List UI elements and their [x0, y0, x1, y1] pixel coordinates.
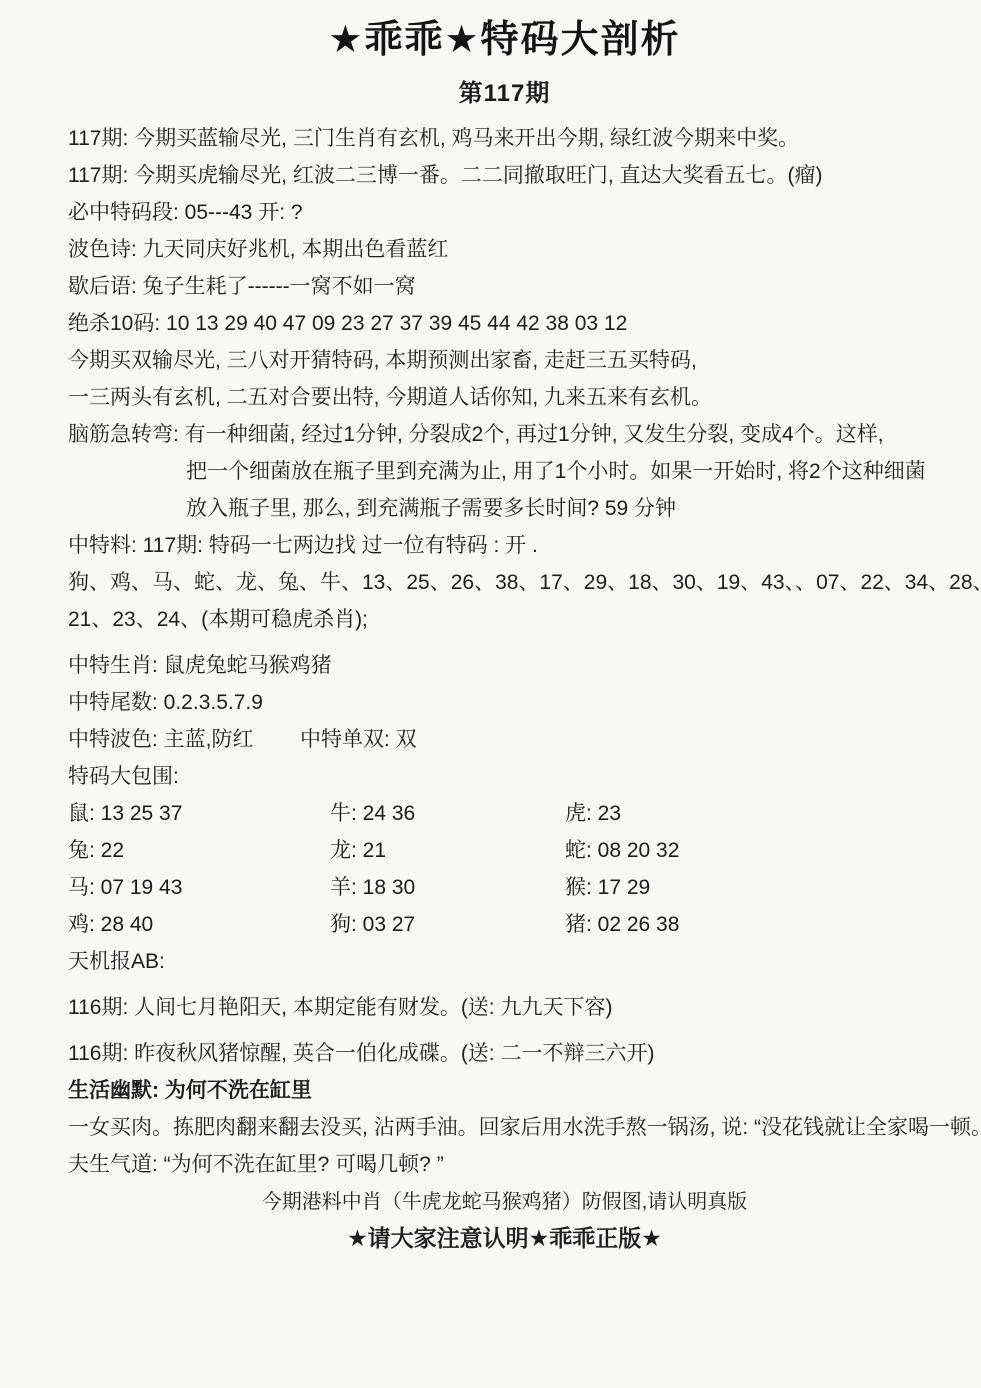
must-hit-segment-line: 必中特码段: 05---43 开: ? [68, 194, 941, 231]
mid-special-zodiac-line: 中特生肖: 鼠虎兔蛇马猴鸡猪 [68, 647, 941, 684]
special-list-line-1: 狗、鸡、马、蛇、龙、兔、牛、13、25、26、38、17、29、18、30、19… [68, 564, 941, 601]
tianji-line-116-a: 116期: 人间七月艳阳天, 本期定能有财发。(送: 九九天下容) [68, 989, 941, 1026]
issue-heading: 第117期 [68, 73, 941, 108]
mid-special-wave-color: 中特波色: 主蓝,防红 [68, 721, 300, 758]
riddle-line-2: 把一个细菌放在瓶子里到充满为止, 用了1个小时。如果一开始时, 将2个这种细菌 [68, 453, 941, 490]
tianji-line-116-b: 116期: 昨夜秋风猪惊醒, 英合一伯化成碟。(送: 二一不辩三六开) [68, 1035, 941, 1072]
mid-special-tail-line: 中特尾数: 0.2.3.5.7.9 [68, 684, 941, 721]
zodiac-cell-monkey: 猴: 17 29 [565, 869, 941, 906]
zodiac-cell-rooster: 鸡: 28 40 [68, 906, 330, 943]
mid-special-wave-row: 中特波色: 主蓝,防红中特单双: 双 [68, 721, 941, 758]
lottery-tip-sheet: ★乖乖★特码大剖析 第117期 117期: 今期买蓝输尽光, 三门生肖有玄机, … [0, 0, 981, 1388]
tip-line-117-blue: 117期: 今期买蓝输尽光, 三门生肖有玄机, 鸡马来开出今期, 绿红波今期来中… [68, 120, 941, 157]
tianji-heading: 天机报AB: [68, 943, 941, 980]
mid-special-material-line: 中特料: 117期: 特码一七两边找 过一位有特码 : 开 . [68, 527, 941, 564]
humor-heading: 生活幽默: 为何不洗在缸里 [68, 1072, 941, 1109]
zodiac-cell-snake: 蛇: 08 20 32 [565, 832, 941, 869]
mid-special-odd-even: 中特单双: 双 [300, 728, 417, 751]
special-list-line-2: 21、23、24、(本期可稳虎杀肖); [68, 601, 941, 638]
riddle-line-3: 放入瓶子里, 那么, 到充满瓶子需要多长时间? 59 分钟 [68, 490, 941, 527]
xiehouyu-line: 歇后语: 兔子生耗了------一窝不如一窝 [68, 268, 941, 305]
brand-line: ★请大家注意认明★乖乖正版★ [68, 1220, 941, 1256]
wave-poem-line: 波色诗: 九天同庆好兆机, 本期出色看蓝红 [68, 231, 941, 268]
zodiac-cell-dragon: 龙: 21 [330, 832, 565, 869]
riddle-line-1: 脑筋急转弯: 有一种细菌, 经过1分钟, 分裂成2个, 再过1分钟, 又发生分裂… [68, 416, 941, 453]
humor-line-2: 夫生气道: “为何不洗在缸里? 可喝几顿? ” [68, 1146, 941, 1183]
zodiac-cell-dog: 狗: 03 27 [330, 906, 565, 943]
humor-line-1: 一女买肉。拣肥肉翻来翻去没买, 沾两手油。回家后用水洗手熬一锅汤, 说: “没花… [68, 1109, 941, 1146]
verse-line-1: 今期买双输尽光, 三八对开猜特码, 本期预测出家畜, 走赶三五买特码, [68, 342, 941, 379]
anti-fake-note: 今期港料中肖（牛虎龙蛇马猴鸡猪）防假图,请认明真版 [68, 1184, 941, 1220]
zodiac-number-grid: 鼠: 13 25 37 牛: 24 36 虎: 23 兔: 22 龙: 21 蛇… [68, 795, 941, 943]
zodiac-cell-horse: 马: 07 19 43 [68, 869, 330, 906]
verse-line-2: 一三两头有玄机, 二五对合要出特, 今期道人话你知, 九来五来有玄机。 [68, 379, 941, 416]
zodiac-cell-goat: 羊: 18 30 [330, 869, 565, 906]
big-wrap-heading: 特码大包围: [68, 758, 941, 795]
zodiac-cell-ox: 牛: 24 36 [330, 795, 565, 832]
zodiac-cell-tiger: 虎: 23 [565, 795, 941, 832]
zodiac-cell-rabbit: 兔: 22 [68, 832, 330, 869]
kill-10-codes-line: 绝杀10码: 10 13 29 40 47 09 23 27 37 39 45 … [68, 305, 941, 342]
zodiac-cell-rat: 鼠: 13 25 37 [68, 795, 330, 832]
page-title: ★乖乖★特码大剖析 [68, 8, 941, 63]
sheet-content: ★乖乖★特码大剖析 第117期 117期: 今期买蓝输尽光, 三门生肖有玄机, … [0, 0, 981, 1256]
tip-line-117-tiger: 117期: 今期买虎输尽光, 红波二三博一番。二二同撤取旺门, 直达大奖看五七。… [68, 157, 941, 194]
zodiac-cell-pig: 猪: 02 26 38 [565, 906, 941, 943]
